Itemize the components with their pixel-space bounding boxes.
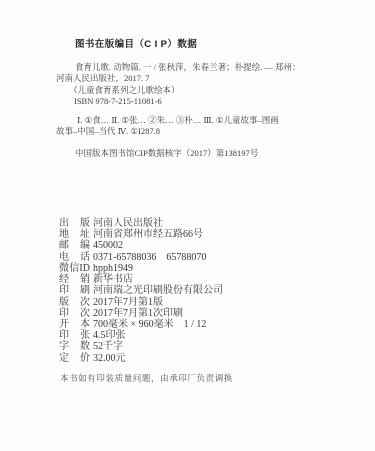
colophon-row-publisher: 出版河南人民出版社 (59, 218, 375, 229)
colophon-value: 河南瑞之光印刷股份有限公司 (93, 285, 223, 296)
colophon-row-address: 地址河南省郑州市经五路66号 (59, 229, 375, 240)
colophon-row-printer: 印刷河南瑞之光印刷股份有限公司 (59, 285, 375, 296)
colophon-value: 4.5印张 (93, 330, 126, 341)
colophon-value: 河南省郑州市经五路66号 (93, 229, 203, 240)
colophon-value: hpph1949 (93, 263, 133, 274)
colophon-table: 出版河南人民出版社 地址河南省郑州市经五路66号 邮编450002 电话0371… (56, 218, 375, 364)
colophon-label: 版次 (59, 297, 90, 308)
colophon-value: 河南人民出版社 (93, 218, 163, 229)
colophon-row-price: 定价32.00元 (59, 353, 375, 364)
colophon-row-phone: 电话0371-65788036 65788070 (59, 252, 375, 263)
colophon-label: 出版 (59, 218, 90, 229)
colophon-label: 印次 (59, 308, 90, 319)
cip-block: 图书在版编目（C I P）数据 食育儿歌. 动物篇. 一 / 张秋萍，朱春兰著；… (56, 39, 375, 159)
print-quality-note: 本书如有印装质量问题，由承印厂负责调换 (60, 373, 375, 384)
colophon-value: 2017年7月第1次印刷 (93, 308, 183, 319)
copyright-page: 图书在版编目（C I P）数据 食育儿歌. 动物篇. 一 / 张秋萍，朱春兰著；… (0, 0, 375, 451)
colophon-value: 52千字 (93, 341, 123, 352)
colophon-label: 开本 (59, 319, 90, 330)
colophon-value: 700毫米 × 960毫米 1 / 12 (93, 319, 206, 330)
cip-record-line-1: 食育儿歌. 动物篇. 一 / 张秋萍，朱春兰著；朴提绘. — 郑州： (75, 62, 375, 73)
colophon-value: 0371-65788036 65788070 (93, 252, 206, 263)
cip-isbn: ISBN 978-7-215-11081-6 (74, 96, 375, 107)
cip-registry-number: 中国版本图书馆CIP数据核字（2017）第138197号 (75, 148, 375, 159)
colophon-label: 邮编 (59, 240, 90, 251)
cip-heading: 图书在版编目（C I P）数据 (75, 39, 375, 50)
colophon-label: 字数 (59, 341, 90, 352)
colophon-row-word-count: 字数52千字 (59, 341, 375, 352)
cip-classification-line-2: 故事–中国–当代 Ⅳ. ①I287.8 (56, 126, 375, 137)
colophon-row-format: 开本700毫米 × 960毫米 1 / 12 (59, 319, 375, 330)
colophon-label: 印张 (59, 330, 90, 341)
colophon-label: 印刷 (59, 285, 90, 296)
colophon-row-sheets: 印张4.5印张 (59, 330, 375, 341)
colophon-label: 微信ID (59, 263, 90, 274)
colophon-label: 电话 (59, 252, 90, 263)
colophon-row-edition: 版次2017年7月第1版 (59, 297, 375, 308)
cip-series-note: （儿童食育系列之儿歌绘本） (69, 85, 375, 96)
colophon-value: 2017年7月第1版 (93, 297, 163, 308)
cip-classification: Ⅰ. ①食… Ⅱ. ①张… ②朱… ③朴… Ⅲ. ①儿童故事–图画 故事–中国–… (56, 115, 375, 138)
colophon-label: 地址 (59, 229, 90, 240)
cip-record-line-2: 河南人民出版社，2017. 7 (56, 73, 375, 84)
colophon-label: 定价 (59, 353, 90, 364)
colophon-row-impression: 印次2017年7月第1次印刷 (59, 308, 375, 319)
colophon-row-postcode: 邮编450002 (59, 240, 375, 251)
colophon-value: 新华书店 (93, 274, 133, 285)
colophon-row-distributor: 经销新华书店 (59, 274, 375, 285)
colophon-row-wechat-id: 微信IDhpph1949 (59, 263, 375, 274)
colophon-value: 32.00元 (93, 353, 126, 364)
cip-classification-line-1: Ⅰ. ①食… Ⅱ. ①张… ②朱… ③朴… Ⅲ. ①儿童故事–图画 (77, 115, 375, 126)
colophon-label: 经销 (59, 274, 90, 285)
colophon-value: 450002 (93, 240, 123, 251)
